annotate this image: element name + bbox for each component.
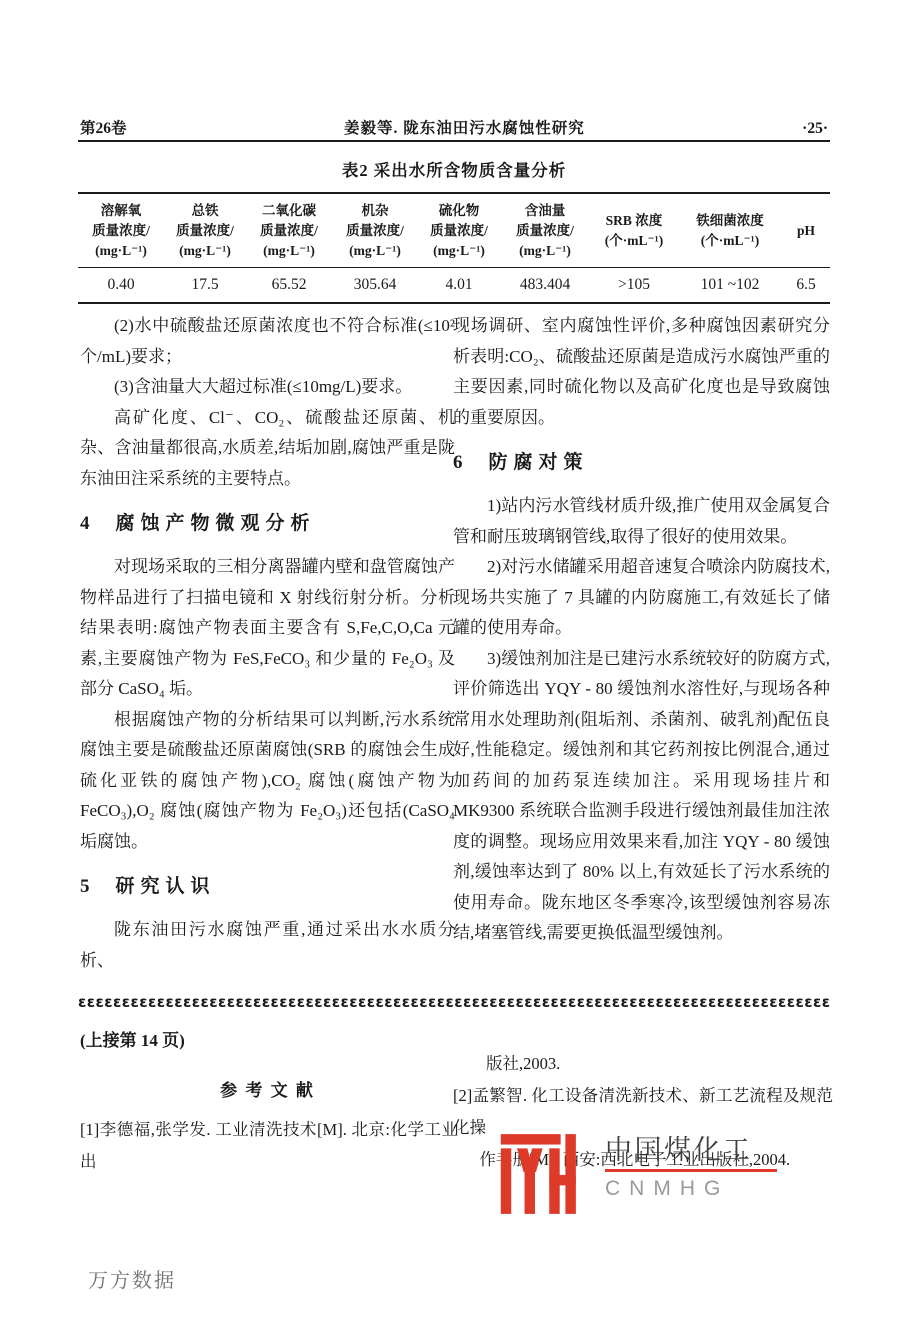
column-header: 硫化物 质量浓度/ (mg·L⁻¹) <box>418 201 500 261</box>
table-header-row: 溶解氧 质量浓度/ (mg·L⁻¹) 总铁 质量浓度/ (mg·L⁻¹) 二氧化… <box>78 194 830 268</box>
wanfang-data-watermark: 万方数据 <box>88 1264 176 1293</box>
body-column-right: 现场调研、室内腐蚀性评价,多种腐蚀因素研究分析表明:CO₂、硫酸盐还原菌是造成污… <box>453 311 830 949</box>
section-heading-4: 4腐蚀产物微观分析 <box>80 507 455 541</box>
reference-item-1: [1]李德福,张学发. 工业清洗技术[M]. 北京:化学工业出 <box>80 1114 458 1178</box>
table-cell: 483.404 <box>500 276 590 294</box>
volume-label: 第26卷 <box>80 116 127 138</box>
paragraph: 根据腐蚀产物的分析结果可以判断,污水系统腐蚀主要是硫酸盐还原菌腐蚀(SRB 的腐… <box>80 705 455 858</box>
table-cell: 4.01 <box>418 276 500 294</box>
logo-red-rule <box>605 1169 777 1172</box>
table-cell: 65.52 <box>246 276 332 294</box>
references-heading: 参 考 文 献 <box>80 1076 455 1101</box>
journal-page: 第26卷 姜毅等. 陇东油田污水腐蚀性研究 ·25· 表2 采出水所含物质含量分… <box>0 0 904 1320</box>
page-number: ·25· <box>802 120 828 138</box>
column-header: SRB 浓度 (个·mL⁻¹) <box>590 201 678 261</box>
table-cell: 305.64 <box>332 276 418 294</box>
column-header: 二氧化碳 质量浓度/ (mg·L⁻¹) <box>246 201 332 261</box>
running-title: 姜毅等. 陇东油田污水腐蚀性研究 <box>344 116 585 138</box>
table-cell: 6.5 <box>782 276 830 294</box>
section-heading-5: 5研究认识 <box>80 870 455 904</box>
water-analysis-table: 溶解氧 质量浓度/ (mg·L⁻¹) 总铁 质量浓度/ (mg·L⁻¹) 二氧化… <box>78 192 830 304</box>
column-header: 总铁 质量浓度/ (mg·L⁻¹) <box>164 201 246 261</box>
paragraph: (3)含油量大大超过标准(≤10mg/L)要求。 <box>80 372 455 403</box>
cnmhg-logo-text: 中国煤化工 CNMHG <box>605 1134 777 1202</box>
paragraph: 对现场采取的三相分离器罐内壁和盘管腐蚀产物样品进行了扫描电镜和 X 射线衍射分析… <box>80 552 455 705</box>
continued-from-note: (上接第 14 页) <box>80 1026 185 1051</box>
table-cell: 101 ~102 <box>678 276 782 294</box>
section-divider-ornament: ɛɛɛɛɛɛɛɛɛɛɛɛɛɛɛɛɛɛɛɛɛɛɛɛɛɛɛɛɛɛɛɛɛɛɛɛɛɛɛɛ… <box>78 993 830 1013</box>
running-head: 第26卷 姜毅等. 陇东油田污水腐蚀性研究 ·25· <box>80 116 828 138</box>
logo-chinese-name: 中国煤化工 <box>605 1134 777 1166</box>
paragraph: 现场调研、室内腐蚀性评价,多种腐蚀因素研究分析表明:CO₂、硫酸盐还原菌是造成污… <box>453 311 830 433</box>
column-header: 含油量 质量浓度/ (mg·L⁻¹) <box>500 201 590 261</box>
logo-latin-name: CNMHG <box>605 1176 777 1202</box>
column-header: 溶解氧 质量浓度/ (mg·L⁻¹) <box>78 201 164 261</box>
header-rule <box>78 140 830 142</box>
table-cell: 17.5 <box>164 276 246 294</box>
body-column-left: (2)水中硫酸盐还原菌浓度也不符合标准(≤10² 个/mL)要求； (3)含油量… <box>80 311 455 976</box>
cnmhg-logo-mark-icon <box>497 1134 592 1214</box>
reference-item-1-continuation: 版社,2003. <box>453 1048 833 1080</box>
section-heading-6: 6防腐对策 <box>453 446 830 480</box>
table-cell: 0.40 <box>78 276 164 294</box>
paragraph: 2)对污水储罐采用超音速复合喷涂内防腐技术,现场共实施了 7 具罐的内防腐施工,… <box>453 552 830 644</box>
table-caption: 表2 采出水所含物质含量分析 <box>78 157 830 181</box>
column-header: pH <box>782 201 830 261</box>
cnmhg-logo: 中国煤化工 CNMHG <box>497 1134 777 1214</box>
table-cell: >105 <box>590 276 678 294</box>
paragraph: 高矿化度、Cl⁻、CO₂、硫酸盐还原菌、机杂、含油量都很高,水质差,结垢加剧,腐… <box>80 403 455 495</box>
table-value-row: 0.40 17.5 65.52 305.64 4.01 483.404 >105… <box>78 268 830 302</box>
paragraph: 陇东油田污水腐蚀严重,通过采出水水质分析、 <box>80 915 455 976</box>
paragraph: 3)缓蚀剂加注是已建污水系统较好的防腐方式,评价筛选出 YQY - 80 缓蚀剂… <box>453 644 830 949</box>
column-header: 铁细菌浓度 (个·mL⁻¹) <box>678 201 782 261</box>
paragraph: (2)水中硫酸盐还原菌浓度也不符合标准(≤10² 个/mL)要求； <box>80 311 455 372</box>
column-header: 机杂 质量浓度/ (mg·L⁻¹) <box>332 201 418 261</box>
paragraph: 1)站内污水管线材质升级,推广使用双金属复合管和耐压玻璃钢管线,取得了很好的使用… <box>453 491 830 552</box>
